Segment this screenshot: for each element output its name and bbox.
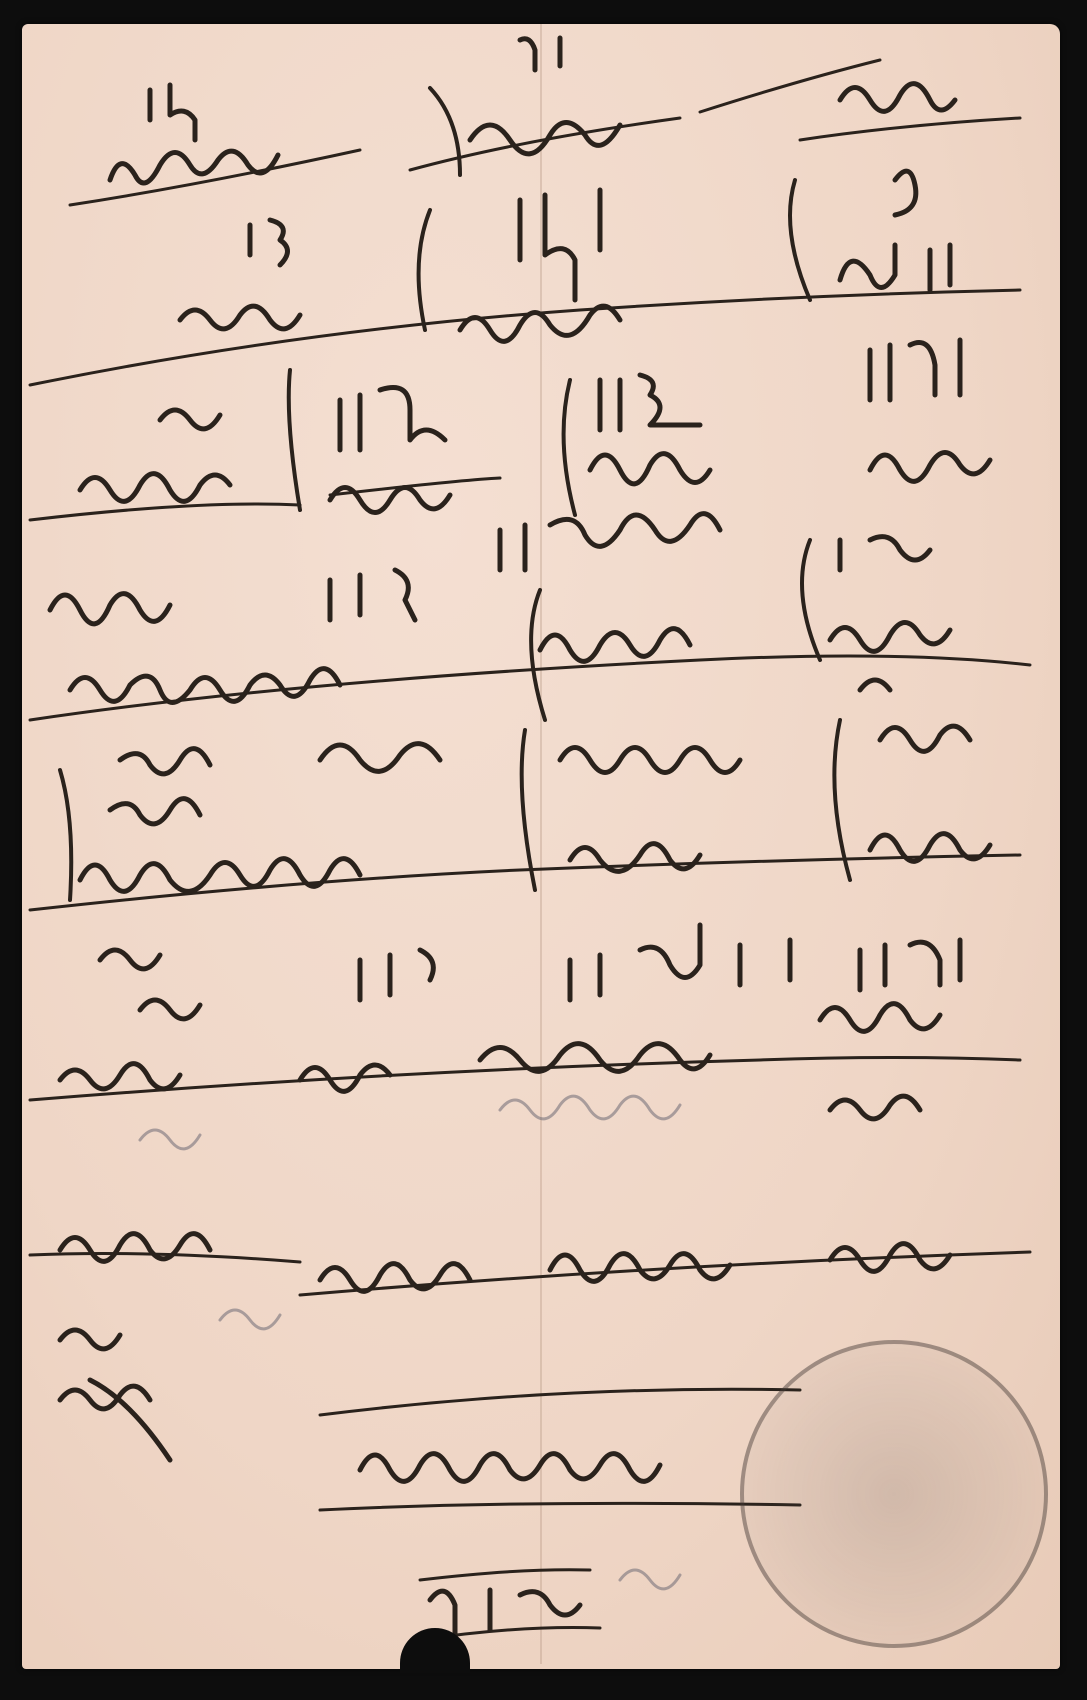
circular-seal-stamp (740, 1340, 1048, 1648)
